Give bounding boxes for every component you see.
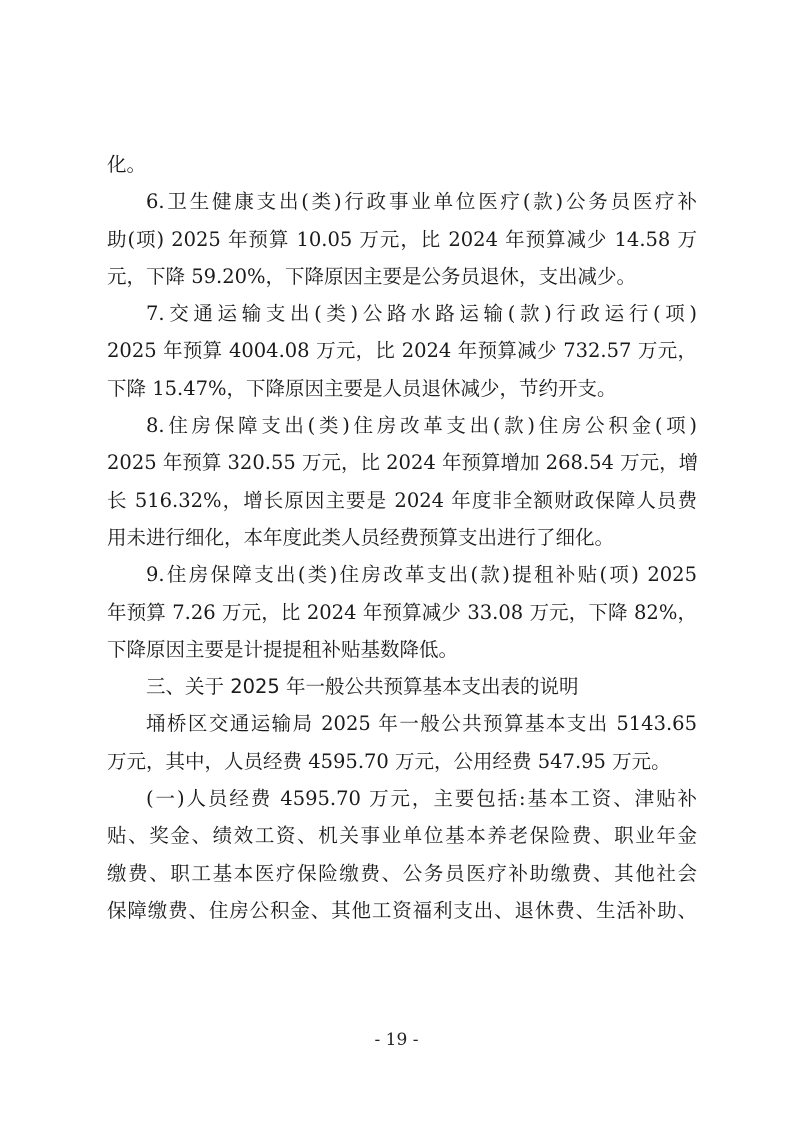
text-line: 用未进行细化，本年度此类人员经费预算支出进行了细化。 bbox=[107, 519, 697, 556]
text-line: 长 516.32%，增长原因主要是 2024 年度非全额财政保障人员费 bbox=[107, 482, 697, 519]
text-line: 下降 15.47%，下降原因主要是人员退休减少，节约开支。 bbox=[107, 370, 697, 407]
page-number: - 19 - bbox=[0, 1030, 793, 1050]
text-line-item-6: 6.卫生健康支出(类)行政事业单位医疗(款)公务员医疗补 bbox=[107, 183, 697, 220]
text-line: 贴、奖金、绩效工资、机关事业单位基本养老保险费、职业年金 bbox=[107, 817, 697, 854]
page-content: 化。 6.卫生健康支出(类)行政事业单位医疗(款)公务员医疗补 助(项) 202… bbox=[107, 146, 697, 929]
text-line: 助(项) 2025 年预算 10.05 万元，比 2024 年预算减少 14.5… bbox=[107, 221, 697, 258]
text-line: 保障缴费、住房公积金、其他工资福利支出、退休费、生活补助、 bbox=[107, 892, 697, 929]
section-heading-3: 三、关于 2025 年一般公共预算基本支出表的说明 bbox=[107, 668, 697, 705]
text-line: 元，下降 59.20%，下降原因主要是公务员退休，支出减少。 bbox=[107, 258, 697, 295]
text-line-item-9: 9.住房保障支出(类)住房改革支出(款)提租补贴(项) 2025 bbox=[107, 556, 697, 593]
text-line: 2025 年预算 320.55 万元，比 2024 年预算增加 268.54 万… bbox=[107, 444, 697, 481]
text-line: 埇桥区交通运输局 2025 年一般公共预算基本支出 5143.65 bbox=[107, 705, 697, 742]
document-page: 化。 6.卫生健康支出(类)行政事业单位医疗(款)公务员医疗补 助(项) 202… bbox=[0, 0, 793, 1122]
text-line: 缴费、职工基本医疗保险缴费、公务员医疗补助缴费、其他社会 bbox=[107, 855, 697, 892]
text-line: 2025 年预算 4004.08 万元，比 2024 年预算减少 732.57 … bbox=[107, 332, 697, 369]
text-line: 化。 bbox=[107, 146, 697, 183]
text-line-item-7: 7.交通运输支出(类)公路水路运输(款)行政运行(项) bbox=[107, 295, 697, 332]
text-line-item-8: 8.住房保障支出(类)住房改革支出(款)住房公积金(项) bbox=[107, 407, 697, 444]
text-line: 下降原因主要是计提提租补贴基数降低。 bbox=[107, 631, 697, 668]
text-line: 万元，其中，人员经费 4595.70 万元，公用经费 547.95 万元。 bbox=[107, 743, 697, 780]
text-line-subsection-1: (一)人员经费 4595.70 万元，主要包括:基本工资、津贴补 bbox=[107, 780, 697, 817]
text-line: 年预算 7.26 万元，比 2024 年预算减少 33.08 万元，下降 82%… bbox=[107, 594, 697, 631]
